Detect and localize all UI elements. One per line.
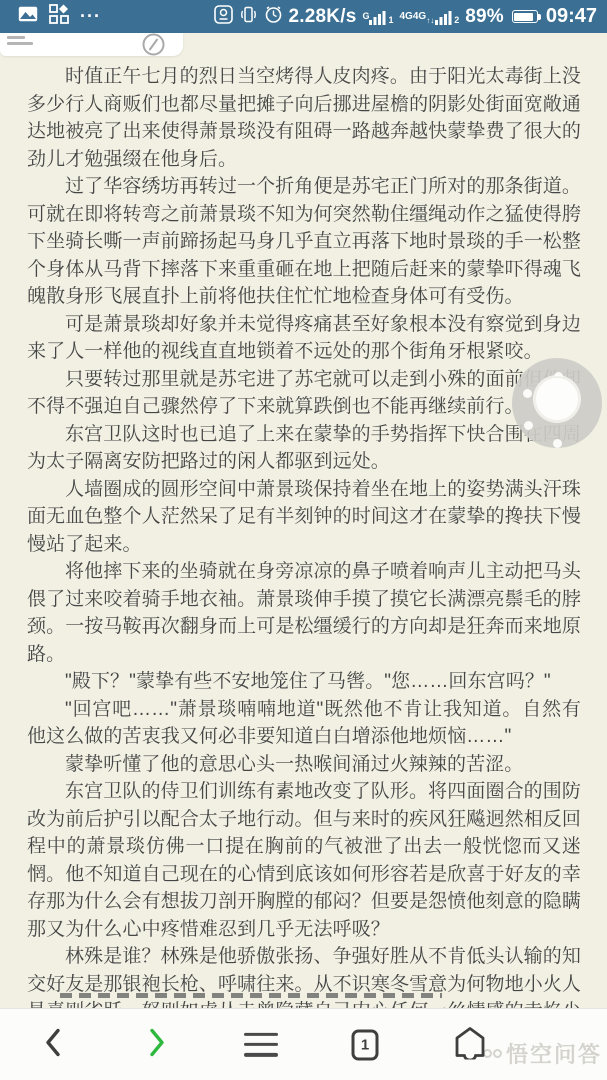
reader-content: 时值正午七月的烈日当空烤得人皮肉疼。由于阳光太毒街上没多少行人商贩们也都尽量把摊… xyxy=(0,33,607,1008)
image-notification-icon xyxy=(18,6,38,27)
novel-paragraph: 东宫卫队这时也已追了上来在蒙挚的手势指挥下快合围在四周为太子隔离安防把路过的闲人… xyxy=(27,421,581,476)
floating-assistive-ball[interactable] xyxy=(512,358,602,448)
novel-paragraph: 东宫卫队的侍卫们训练有素地改变了队形。将四面圈合的围防改为前后护引以配合太子地行… xyxy=(27,778,581,943)
browser-nav-bar: 悟空问答 1 xyxy=(0,1008,607,1080)
screen-record-icon xyxy=(214,5,233,29)
clock-time: 09:47 xyxy=(546,5,597,28)
home-button[interactable] xyxy=(453,1025,487,1064)
battery-percent: 89% xyxy=(465,6,504,28)
novel-paragraph: 蒙挚听懂了他的意思心头一热喉间涌过火辣辣的苦涩。 xyxy=(27,751,581,779)
novel-paragraph: 将他摔下来的坐骑就在身旁凉凉的鼻子喷着响声儿主动把马头偎了过来咬着骑手地衣袖。萧… xyxy=(27,558,581,668)
menu-button[interactable] xyxy=(244,1032,278,1056)
clipped-text-line xyxy=(60,993,442,998)
novel-paragraph: 时值正午七月的烈日当空烤得人皮肉疼。由于阳光太毒街上没多少行人商贩们也都尽量把摊… xyxy=(27,63,581,173)
novel-paragraph: 人墙圈成的圆形空间中萧景琰保持着坐在地上的姿势满头汗珠面无血色整个人茫然呆了足有… xyxy=(27,476,581,559)
ball-dot xyxy=(523,389,532,398)
tabs-button[interactable]: 1 xyxy=(352,1029,379,1060)
status-bar: ··· 2.28K/s xyxy=(0,0,607,33)
battery-icon xyxy=(512,10,538,23)
novel-paragraph: "殿下？"蒙挚有些不安地笼住了马辔。"您……回东宫吗？" xyxy=(27,668,581,696)
ball-dot xyxy=(524,421,533,430)
novel-paragraph: 只要转过那里就是苏宅进了苏宅就可以走到小殊的面前但他却不得不强迫自己骤然停了下来… xyxy=(27,366,581,421)
novel-paragraph: "回宫吧……"萧景琰喃喃地道"既然他不肯让我知道。自然有他这么做的苦衷我又何必非… xyxy=(27,696,581,751)
sim1-signal-icon: G 1 xyxy=(362,9,393,25)
network-speed: 2.28K/s xyxy=(289,6,357,28)
novel-paragraph: 过了华容绣坊再转过一个折角便是苏宅正门所对的那条街道。可就在即将转弯之前萧景琰不… xyxy=(27,173,581,311)
tab-count-icon: 1 xyxy=(352,1029,379,1060)
novel-paragraph: 林殊是谁？林殊是他骄傲张扬、争强好胜从不肯低头认输的知交好友是那银袍长枪、呼啸往… xyxy=(27,943,581,1008)
grid-notification-icon xyxy=(49,4,69,29)
watermark-text: 悟空问答 xyxy=(506,1038,602,1069)
hamburger-icon xyxy=(244,1032,278,1056)
novel-paragraph: 可是萧景琰却好象并未觉得疼痛甚至好象根本没有察觉到身边来了人一样他的视线直直地锁… xyxy=(27,311,581,366)
alarm-icon xyxy=(264,5,283,29)
sim2-signal-icon: 4G4G ↑↓ 2 xyxy=(400,9,460,25)
more-notifications-icon: ··· xyxy=(80,6,101,27)
vibrate-icon xyxy=(239,5,258,29)
forward-button[interactable] xyxy=(147,1026,167,1063)
ball-center-button[interactable] xyxy=(534,376,580,422)
ball-dot xyxy=(553,439,562,448)
watermark: 悟空问答 xyxy=(483,1038,602,1069)
back-button[interactable] xyxy=(43,1026,63,1063)
